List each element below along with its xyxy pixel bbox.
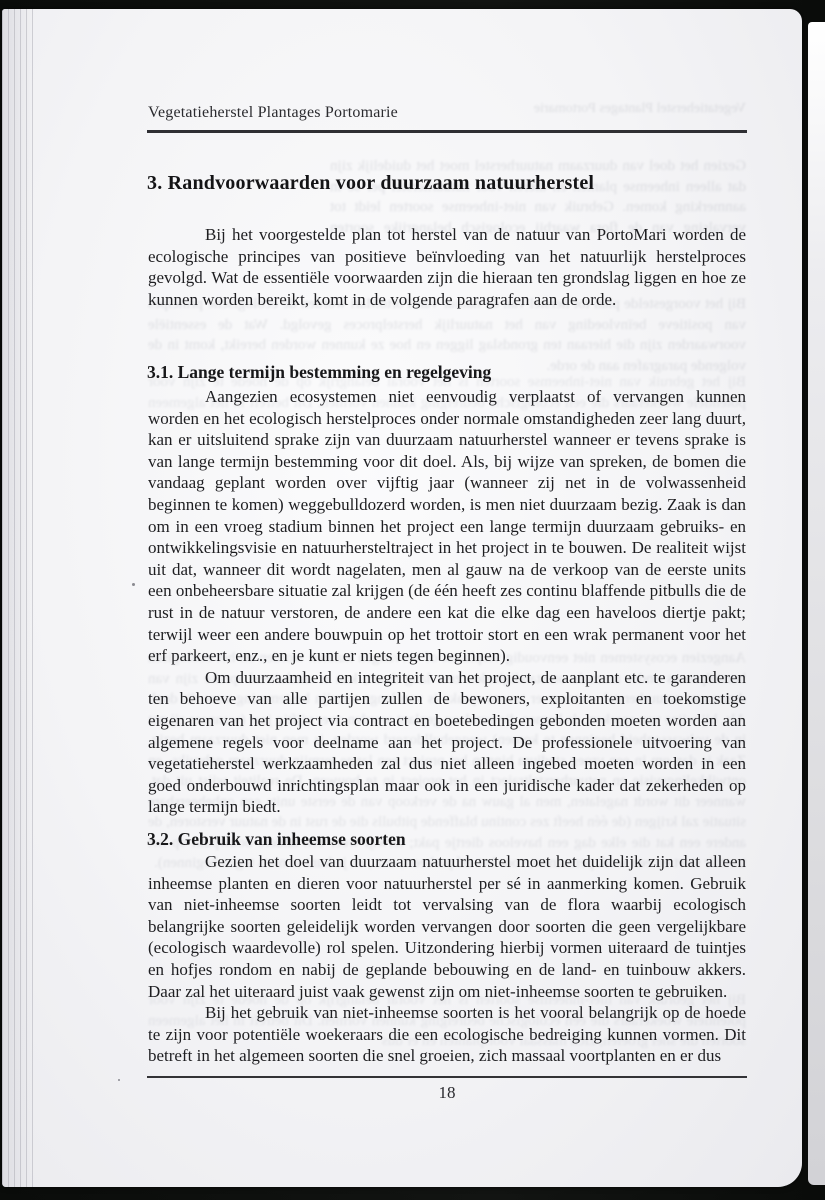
paragraph: Gezien het doel van duurzaam natuurherst… — [148, 851, 746, 1002]
section-3-1-body: Aangezien ecosystemen niet eenvoudig ver… — [148, 386, 746, 818]
paragraph: Om duurzaamheid en integriteit van het p… — [148, 667, 746, 818]
paragraph: Bij het gebruik van niet-inheemse soorte… — [148, 1002, 746, 1067]
section-heading-3-2: 3.2. Gebruik van inheemse soorten — [147, 829, 745, 850]
section-3-2-body: Gezien het doel van duurzaam natuurherst… — [148, 851, 746, 1067]
page-stack-edges — [2, 9, 36, 1187]
chapter-title: 3. Randvoorwaarden voor duurzaam natuurh… — [147, 172, 767, 195]
next-page-edge — [808, 22, 825, 1185]
paragraph: Bij het voorgestelde plan tot herstel va… — [148, 224, 746, 310]
intro-paragraph: Bij het voorgestelde plan tot herstel va… — [148, 224, 746, 310]
scan-speck — [118, 1079, 120, 1081]
running-header: Vegetatieherstel Plantages Portomarie — [148, 104, 746, 122]
scan-speck — [132, 583, 135, 586]
scanned-book-page: Vegetatieherstel Plantages Portomarie Ge… — [0, 0, 825, 1200]
footer-rule — [147, 1076, 747, 1078]
section-heading-3-1: 3.1. Lange termijn bestemming en regelge… — [147, 362, 745, 383]
header-rule — [147, 130, 747, 133]
page-number: 18 — [148, 1083, 746, 1103]
paragraph: Aangezien ecosystemen niet eenvoudig ver… — [148, 386, 746, 667]
